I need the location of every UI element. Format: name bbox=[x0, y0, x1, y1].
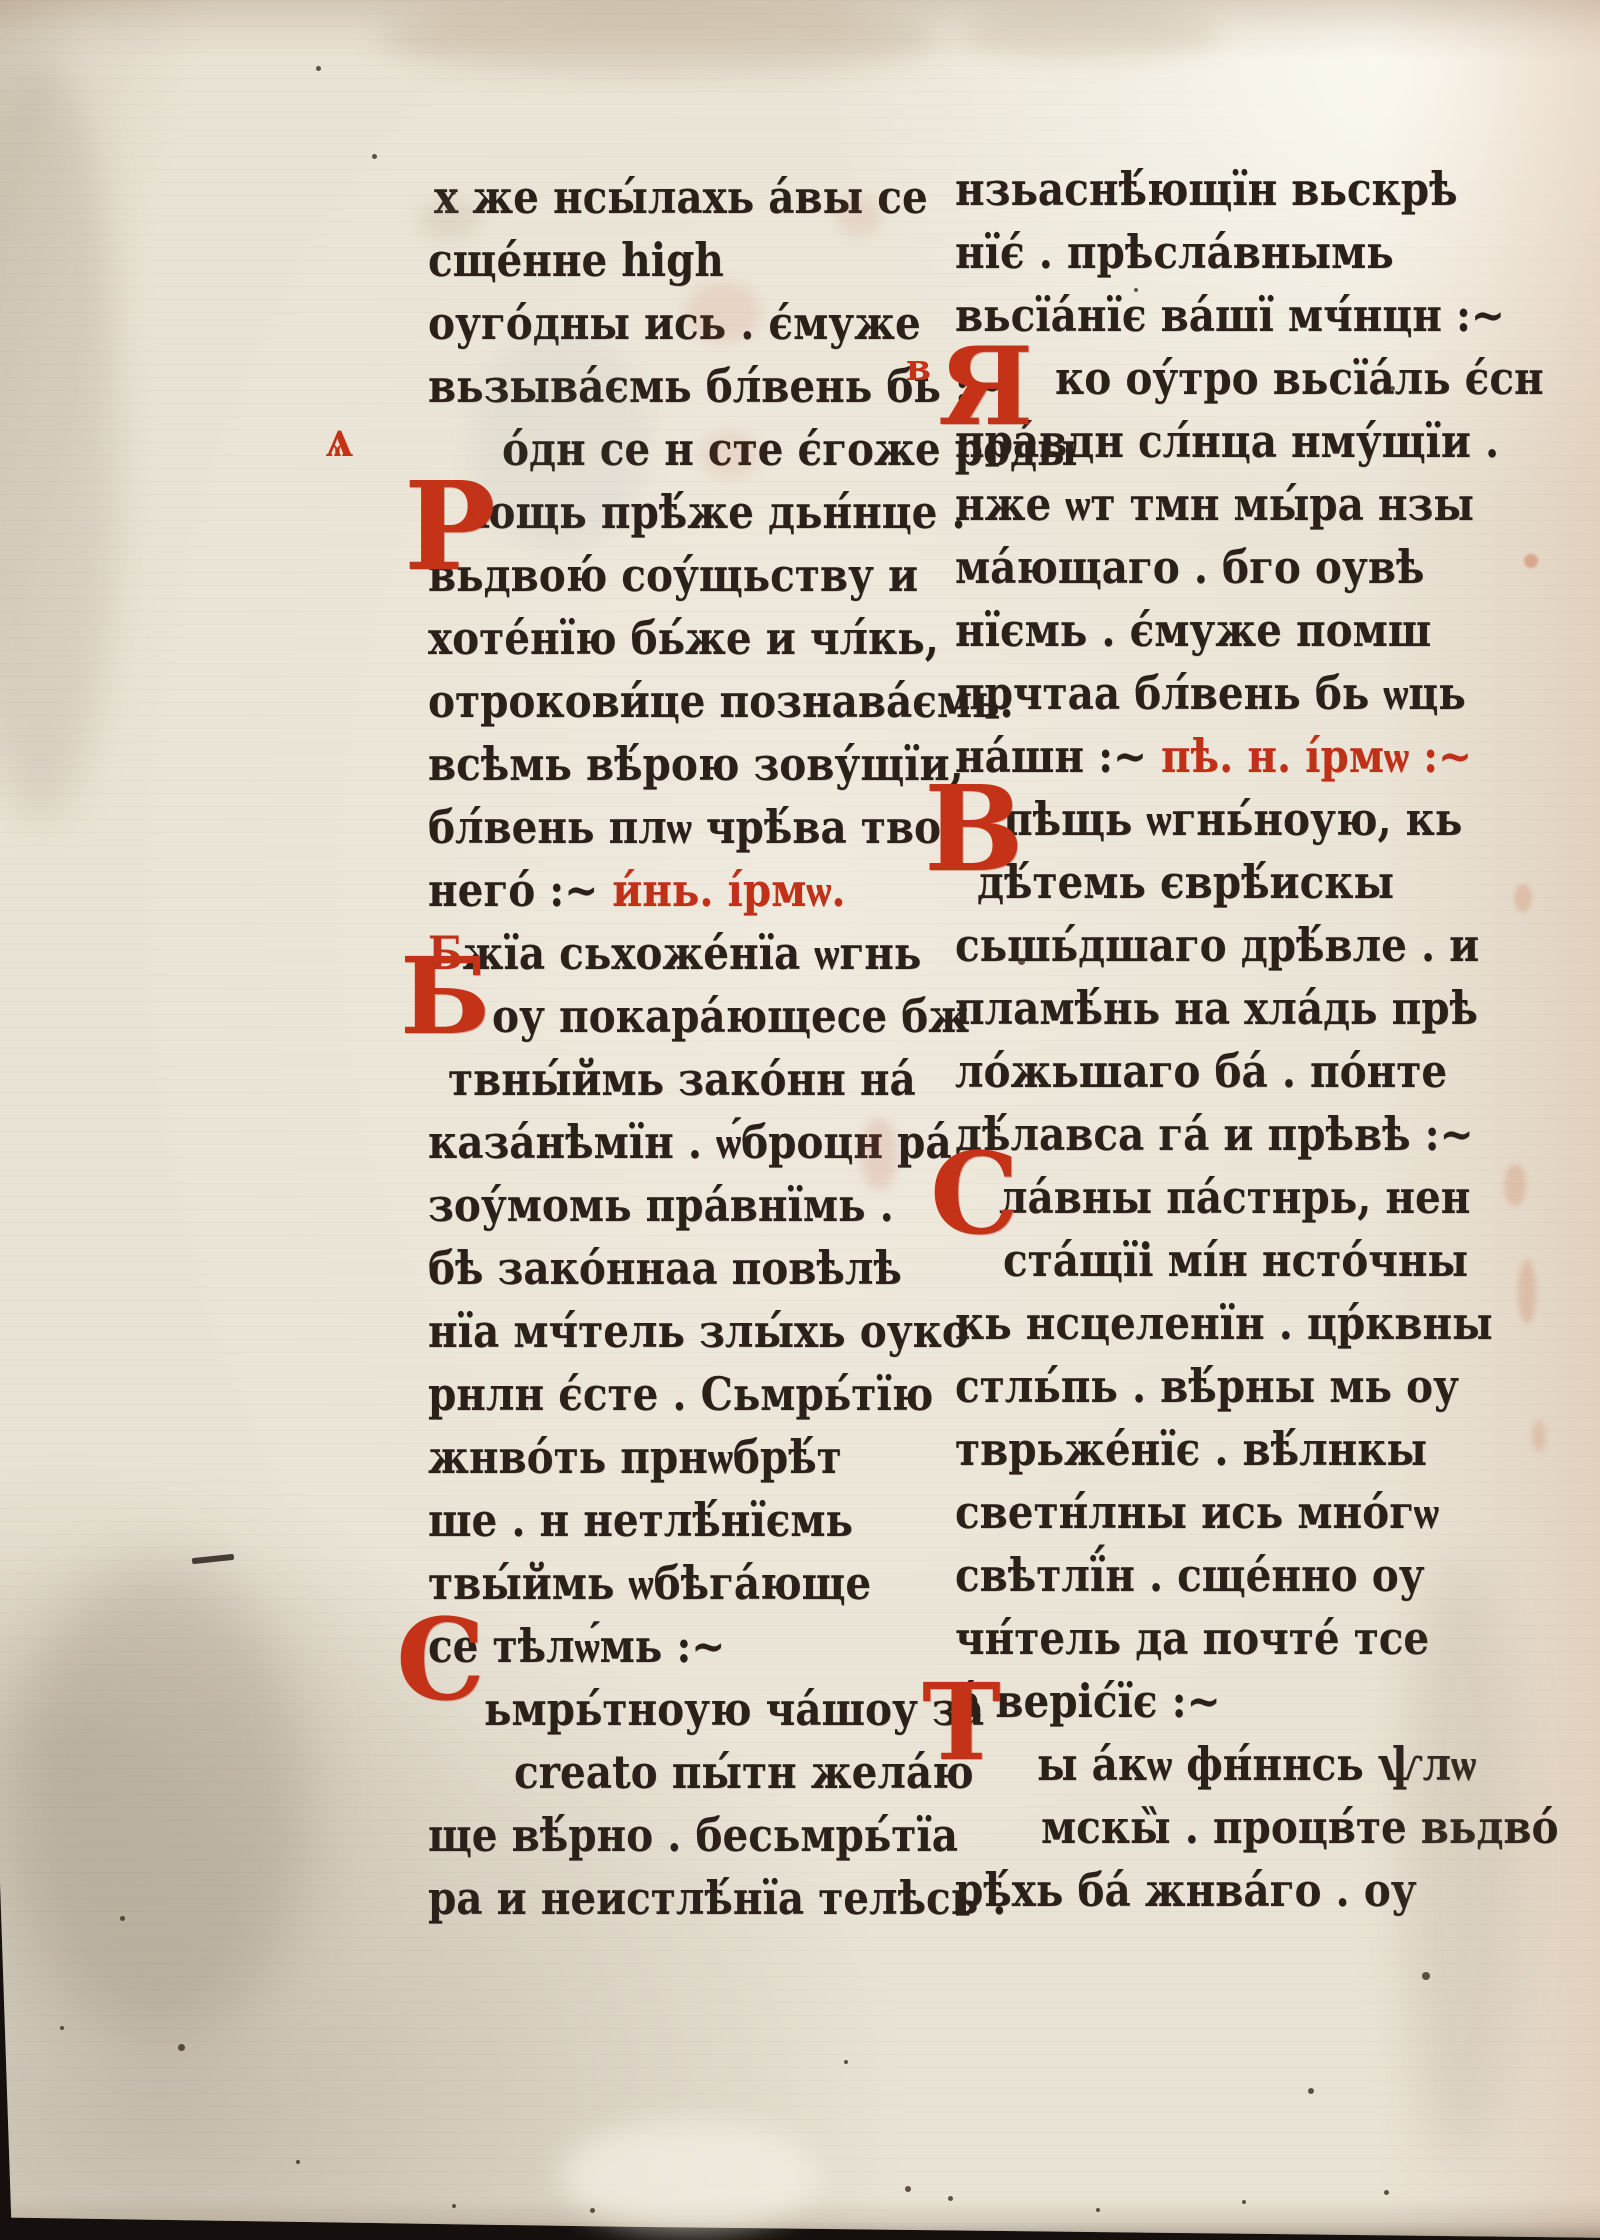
text-line: него́ :~ и́нь. і́рмѡ. bbox=[428, 861, 846, 924]
line-segment: твны́ймь зако́нн на́ bbox=[448, 1052, 916, 1106]
text-line: прчтаа бл́вень бь ѡць bbox=[955, 664, 1466, 727]
text-line: creato пы́тн жела́ю bbox=[514, 1743, 974, 1806]
photo-backdrop: х же нсы́лахь а́вы сесще́нне highоуго́дн… bbox=[0, 0, 1600, 2240]
illuminated-initial: С bbox=[396, 1616, 485, 1706]
text-line: отрокови́це познава́ємь. bbox=[428, 672, 1014, 735]
line-segment: жїа сьхоже́нїа ѡгнь bbox=[463, 926, 922, 980]
line-segment: ло́жьшаго ба́ . по́нте bbox=[955, 1044, 1447, 1098]
rubric-segment: пѣ. н. і́рмѡ :~ bbox=[1161, 729, 1472, 783]
text-line: хоте́нїю бь́же и чл́кь, bbox=[428, 609, 939, 672]
line-segment: рѣ́хь ба́ жнва́го . оу bbox=[955, 1863, 1417, 1917]
text-line: на́шн :~ пѣ. н. і́рмѡ :~ bbox=[955, 727, 1472, 790]
text-line: нїє́ . прѣсла́внымь bbox=[955, 223, 1394, 286]
line-segment: ющь прѣ́же дьн́нце . bbox=[474, 485, 966, 539]
line-segment: ы а́кѡ фн́ннсь ѱлѡ bbox=[1037, 1737, 1476, 1791]
text-line: свѣтлї́н . сще́нно оу bbox=[955, 1546, 1425, 1609]
line-segment: ше . н нетлѣ́нїємь bbox=[428, 1493, 853, 1547]
text-line: нзьаснѣ́ющїн вьскрѣ bbox=[955, 160, 1458, 223]
text-line: ы а́кѡ фн́ннсь ѱлѡ bbox=[1037, 1735, 1476, 1798]
line-segment: твы́ймь ѡбѣга́юще bbox=[428, 1556, 871, 1610]
text-line: дѣ́темь єврѣ́искы bbox=[977, 853, 1394, 916]
text-line: зоу́момь пра́внїмь . bbox=[428, 1176, 894, 1239]
text-line: рѣ́хь ба́ жнва́го . оу bbox=[955, 1861, 1417, 1924]
line-segment: вьсїа́нїє ва́шї мч́нцн :~ bbox=[955, 288, 1505, 342]
line-segment: рнлн є́сте . Сьмрь́тїю bbox=[428, 1367, 933, 1421]
line-segment: ще вѣ́рно . бесьмрь́тїа bbox=[428, 1808, 958, 1862]
text-line: жнво́ть прнѡбрѣ́т bbox=[428, 1428, 842, 1491]
text-line: х же нсы́лахь а́вы се bbox=[434, 168, 928, 231]
text-line: пѣщь ѡгнь́ноую, кь bbox=[1003, 790, 1462, 853]
text-line: ло́жьшаго ба́ . по́нте bbox=[955, 1042, 1447, 1105]
line-segment: оу покара́ющесе бж bbox=[492, 989, 969, 1043]
text-line: стль́пь . вѣ́рны мь оу bbox=[955, 1357, 1459, 1420]
text-line: сьшь́дшаго дрѣ́вле . и bbox=[955, 916, 1479, 979]
line-segment: зоу́момь пра́внїмь . bbox=[428, 1178, 894, 1232]
text-line: вьсїа́нїє ва́шї мч́нцн :~ bbox=[955, 286, 1505, 349]
text-line: ще вѣ́рно . бесьмрь́тїа bbox=[428, 1806, 958, 1869]
text-line: нже ѡт тмн мы́ра нзы bbox=[955, 475, 1474, 538]
margin-gloss: в bbox=[906, 350, 931, 386]
line-segment: нїа мч́тель злы́хь оуко bbox=[428, 1304, 969, 1358]
illuminated-initial: В bbox=[924, 782, 1024, 876]
text-line: сще́нне high bbox=[428, 231, 724, 294]
line-segment: отрокови́це познава́ємь. bbox=[428, 674, 1014, 728]
text-line: твны́ймь зако́нн на́ bbox=[448, 1050, 916, 1113]
line-segment: хоте́нїю бь́же и чл́кь, bbox=[428, 611, 939, 665]
line-segment: тврьже́нїє . вѣ́лнкы bbox=[955, 1422, 1427, 1476]
text-line: ра и неистлѣ́нїа телѣсь . bbox=[428, 1869, 1006, 1932]
text-line: каза́нѣмїн . ѡ́броцн ра́ bbox=[428, 1113, 952, 1176]
line-segment: пѣщь ѡгнь́ноую, кь bbox=[1003, 792, 1462, 846]
text-line: Бжїа сьхоже́нїа ѡгнь bbox=[428, 924, 921, 987]
text-line: дѣ́лавса га́ и прѣвѣ :~ bbox=[955, 1105, 1473, 1168]
line-segment: нїємь . є́муже помш bbox=[955, 603, 1431, 657]
line-segment: ко оу́тро вьсїа́ль є́сн bbox=[1055, 351, 1544, 405]
illuminated-initial: Б bbox=[400, 954, 491, 1039]
line-segment: дѣ́лавса га́ и прѣвѣ :~ bbox=[955, 1107, 1473, 1161]
line-segment: оуго́дны ись . є́муже bbox=[428, 296, 921, 350]
text-line: ьмрь́тноую ча́шоу за bbox=[484, 1680, 984, 1743]
line-segment: бѣ зако́ннаа повѣлѣ bbox=[428, 1241, 902, 1295]
line-segment: свѣтлї́н . сще́нно оу bbox=[955, 1548, 1425, 1602]
rubric-segment: и́нь. і́рмѡ. bbox=[612, 863, 845, 917]
line-segment: нїє́ . прѣсла́внымь bbox=[955, 225, 1394, 279]
text-line: бѣ зако́ннаа повѣлѣ bbox=[428, 1239, 902, 1302]
text-line: оуго́дны ись . є́муже bbox=[428, 294, 921, 357]
line-segment: мскы̏ . процв́те вьдво́ bbox=[1041, 1800, 1559, 1854]
line-segment: пламѣ́нь на хла́дь прѣ bbox=[955, 981, 1478, 1035]
illuminated-initial: Р bbox=[404, 478, 496, 576]
line-segment: жнво́ть прнѡбрѣ́т bbox=[428, 1430, 842, 1484]
text-line: вьдвою́ соу́щьству и bbox=[428, 546, 918, 609]
text-line: пламѣ́нь на хла́дь прѣ bbox=[955, 979, 1478, 1042]
line-segment: дѣ́темь єврѣ́искы bbox=[977, 855, 1394, 909]
text-line: всѣмь вѣ́рою зову́щїи, bbox=[428, 735, 964, 798]
line-segment: ьмрь́тноую ча́шоу за bbox=[484, 1682, 984, 1736]
text-line: нїа мч́тель злы́хь оуко bbox=[428, 1302, 969, 1365]
line-segment: ста́щїі мі́н нсто́чны bbox=[1003, 1233, 1468, 1287]
text-line: пра́вдн сл́нца нму́щїи . bbox=[955, 412, 1499, 475]
line-segment: creato пы́тн жела́ю bbox=[514, 1745, 974, 1799]
line-segment: пра́вдн сл́нца нму́щїи . bbox=[955, 414, 1499, 468]
line-segment: ра и неистлѣ́нїа телѣсь . bbox=[428, 1871, 1006, 1925]
line-segment: прчтаа бл́вень бь ѡць bbox=[955, 666, 1466, 720]
illuminated-initial: Т bbox=[922, 1680, 1001, 1765]
margin-gloss: ѧ bbox=[326, 410, 353, 464]
text-line: ко оу́тро вьсїа́ль є́сн bbox=[1055, 349, 1544, 412]
text-line: ющь прѣ́же дьн́нце . bbox=[474, 483, 966, 546]
line-segment: всѣмь вѣ́рою зову́щїи, bbox=[428, 737, 964, 791]
line-segment: бл́вень плѡ чрѣ́ва тво bbox=[428, 800, 941, 854]
text-line: кь нсцеленїн . цр́квны bbox=[955, 1294, 1493, 1357]
line-segment: него́ :~ bbox=[428, 863, 612, 917]
text-line: рнлн є́сте . Сьмрь́тїю bbox=[428, 1365, 933, 1428]
line-segment: чн́тель да почте́ тсе bbox=[955, 1611, 1429, 1665]
line-segment: сьшь́дшаго дрѣ́вле . и bbox=[955, 918, 1479, 972]
text-line: твы́ймь ѡбѣга́юще bbox=[428, 1554, 871, 1617]
text-line: чн́тель да почте́ тсе bbox=[955, 1609, 1429, 1672]
line-segment: ма́ющаго . бго оувѣ bbox=[955, 540, 1424, 594]
illuminated-initial: С bbox=[930, 1150, 1019, 1240]
line-segment: сще́нне high bbox=[428, 233, 724, 287]
text-line: ста́щїі мі́н нсто́чны bbox=[1003, 1231, 1468, 1294]
text-line: ма́ющаго . бго оувѣ bbox=[955, 538, 1424, 601]
line-segment: х же нсы́лахь а́вы се bbox=[434, 170, 928, 224]
line-segment: нзьаснѣ́ющїн вьскрѣ bbox=[955, 162, 1458, 216]
text-line: мскы̏ . процв́те вьдво́ bbox=[1041, 1798, 1559, 1861]
line-segment: стль́пь . вѣ́рны мь оу bbox=[955, 1359, 1459, 1413]
text-line: нїємь . є́муже помш bbox=[955, 601, 1431, 664]
text-line: светн́лны ись мно́гѡ bbox=[955, 1483, 1439, 1546]
text-line: бл́вень плѡ чрѣ́ва тво bbox=[428, 798, 941, 861]
text-line: ла́вны па́стнрь, нен bbox=[999, 1168, 1470, 1231]
line-segment: светн́лны ись мно́гѡ bbox=[955, 1485, 1439, 1539]
text-line: ше . н нетлѣ́нїємь bbox=[428, 1491, 853, 1554]
illuminated-initial: Я bbox=[938, 344, 1033, 430]
line-segment: нже ѡт тмн мы́ра нзы bbox=[955, 477, 1474, 531]
text-line: оу покара́ющесе бж bbox=[492, 987, 969, 1050]
line-segment: кь нсцеленїн . цр́квны bbox=[955, 1296, 1493, 1350]
line-segment: вьдвою́ соу́щьству и bbox=[428, 548, 918, 602]
line-segment: каза́нѣмїн . ѡ́броцн ра́ bbox=[428, 1115, 952, 1169]
text-line: тврьже́нїє . вѣ́лнкы bbox=[955, 1420, 1427, 1483]
line-segment: ла́вны па́стнрь, нен bbox=[999, 1170, 1470, 1224]
